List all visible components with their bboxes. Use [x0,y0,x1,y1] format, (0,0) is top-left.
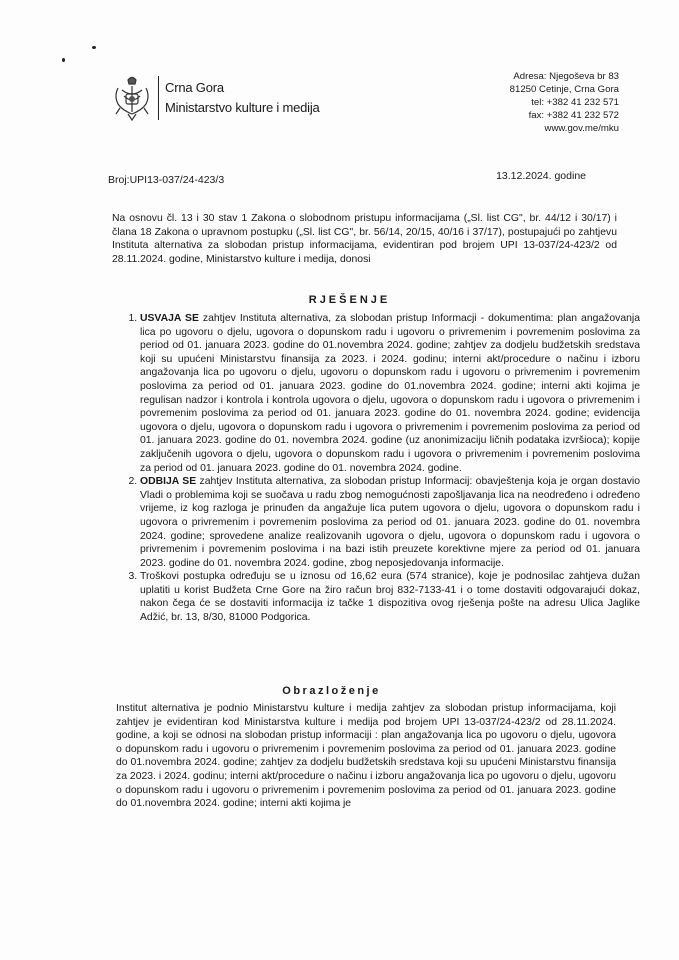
decision-title: RJEŠENJE [10,294,679,306]
fax-line: fax: +382 41 232 572 [510,109,619,122]
address-line: Adresa: Njegoševa br 83 [510,70,619,83]
reasoning-title: Obrazloženje [0,685,671,697]
item-lead: ODBIJA SE [140,476,196,487]
letterhead-divider [158,76,159,120]
item-text: zahtjev Instituta alternativa, za slobod… [140,313,640,474]
decision-item: Troškovi postupka određuju se u iznosu o… [140,570,640,624]
item-text: Troškovi postupka određuju se u iznosu o… [140,571,640,623]
phone-line: tel: +382 41 232 571 [510,96,619,109]
contact-block: Adresa: Njegoševa br 83 81250 Cetinje, C… [510,70,619,135]
document-page: Crna Gora Ministarstvo kulture i medija … [0,0,679,960]
scan-speck [62,58,65,62]
decision-item: ODBIJA SE zahtjev Instituta alternativa,… [140,475,640,570]
document-meta: Broj:UPI13-037/24-423/3 13.12.2024. godi… [108,174,586,186]
website-line: www.gov.me/mku [510,122,619,135]
country-name: Crna Gora [165,78,320,98]
coat-of-arms-icon [110,74,154,122]
intro-paragraph: Na osnovu čl. 13 i 30 stav 1 Zakona o sl… [112,212,617,266]
city-line: 81250 Cetinje, Crna Gora [510,83,619,96]
item-lead: USVAJA SE [140,313,199,324]
organization-name: Crna Gora Ministarstvo kulture i medija [165,78,320,118]
document-number: Broj:UPI13-037/24-423/3 [108,174,224,186]
decision-item: USVAJA SE zahtjev Instituta alternativa,… [140,312,640,475]
decision-items: USVAJA SE zahtjev Instituta alternativa,… [118,312,640,625]
item-text: zahtjev Instituta alternativa, za slobod… [140,476,640,569]
document-date: 13.12.2024. godine [496,170,586,182]
reasoning-paragraph: Institut alternativa je podnio Ministars… [116,702,616,811]
scan-speck [92,46,96,49]
letterhead: Crna Gora Ministarstvo kulture i medija [110,74,320,122]
ministry-name: Ministarstvo kulture i medija [165,98,320,118]
